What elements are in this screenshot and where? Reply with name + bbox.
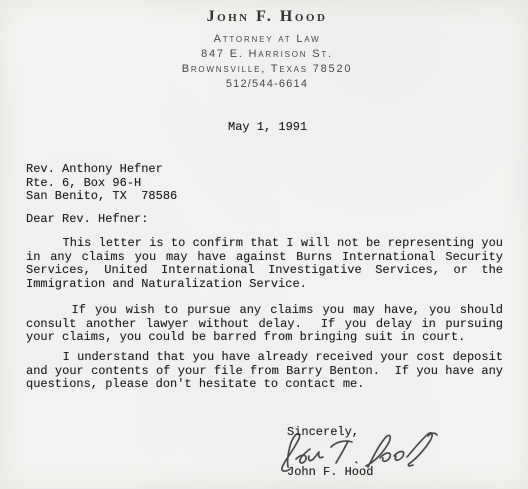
date-line: May 1, 1991 (228, 121, 307, 135)
recipient-city: San Benito, TX 78586 (26, 190, 177, 204)
body-line: consult another lawyer without delay. If… (26, 318, 503, 332)
recipient-street: Rte. 6, Box 96-H (26, 177, 177, 191)
typed-signature-name: John F. Hood (287, 466, 373, 480)
body-line: This letter is to confirm that I will no… (26, 237, 503, 251)
body-line: questions, please don't hesitate to cont… (26, 378, 503, 392)
body-paragraph-2: If you wish to pursue any claims you may… (26, 304, 503, 345)
body-line: If you wish to pursue any claims you may… (26, 304, 503, 318)
salutation: Dear Rev. Hefner: (26, 213, 148, 227)
body-line: and your contents of your file from Barr… (26, 365, 503, 379)
letterhead-phone: 512/544-6614 (6, 78, 528, 90)
letterhead-name: John F. Hood (6, 8, 528, 26)
body-line: I understand that you have already recei… (26, 351, 503, 365)
body-line: Immigration and Naturalization Service. (26, 278, 503, 292)
body-line: in any claims you may have against Burns… (26, 251, 503, 265)
body-line: your claims, you could be barred from br… (26, 331, 503, 345)
letterhead-title: Attorney at Law (6, 33, 528, 45)
letterhead-address-city: Brownsville, Texas 78520 (6, 63, 528, 75)
recipient-name: Rev. Anthony Hefner (26, 163, 177, 177)
letter-page: John F. Hood Attorney at Law 847 E. Harr… (0, 0, 528, 489)
recipient-address-block: Rev. Anthony Hefner Rte. 6, Box 96-H San… (26, 163, 177, 204)
body-paragraph-1: This letter is to confirm that I will no… (26, 237, 503, 291)
body-paragraph-3: I understand that you have already recei… (26, 351, 503, 392)
body-line: Services, United International Investiga… (26, 264, 503, 278)
letterhead-address-street: 847 E. Harrison St. (6, 48, 528, 60)
letterhead: John F. Hood Attorney at Law 847 E. Harr… (0, 8, 528, 90)
